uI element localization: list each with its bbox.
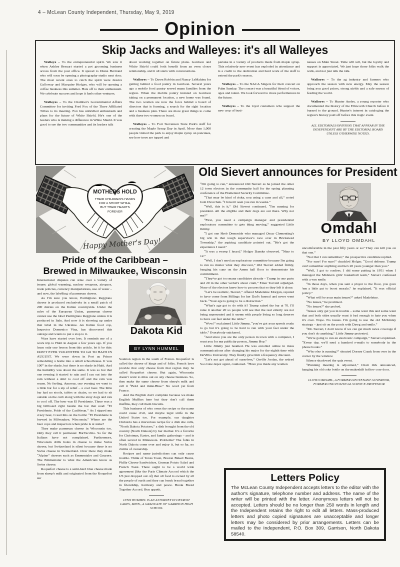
sievert-attribution: LLOYD OMDAHL, A FORMER LIEUTENANT GOVERN… — [302, 379, 396, 387]
dakota-kid-headshot — [128, 279, 186, 325]
letters-policy-title: Letters Policy — [231, 472, 379, 484]
sievert-column-2: uncomfortable in the past fifty years or… — [302, 246, 396, 372]
scan-edge-line — [6, 50, 7, 555]
opinion-masthead-row: Opinion — [0, 19, 400, 40]
sievert-headline: Old Sievert announces for President — [198, 167, 398, 179]
caribbean-headline: Pride of the Caribbean – Brewed in Milwa… — [35, 255, 195, 276]
sievert-columns: “I'm going to run,” announced Old Siever… — [200, 182, 397, 464]
caribbean-headline-line2: Brewed in Milwaukee, Wisconsin — [35, 266, 195, 277]
walleyes-column-1: Walleye – To the entrepreneurial spirit.… — [40, 60, 122, 140]
editorial-cartoon: MOTHERS HOLD THEIR CHILDREN'S HANDS FOR … — [36, 166, 194, 253]
walleyes-column-4-text: nesses on Main Street. Time will tell, b… — [307, 60, 389, 118]
letters-policy-box: Letters Policy The McLean County Indepen… — [224, 468, 386, 541]
walleyes-column-2: about working together on future plans. … — [129, 60, 211, 140]
dakota-kid-byline: BY LYNN HUMMEL — [129, 345, 184, 352]
caribbean-headline-line1: Pride of the Caribbean – — [35, 255, 195, 266]
walleyes-column-4: nesses on Main Street. Time will tell, b… — [307, 60, 389, 140]
omdahl-byline: BY LLOYD OMDAHL — [302, 238, 396, 243]
omdahl-headshot — [327, 183, 371, 221]
omdahl-box: Omdahl BY LLOYD OMDAHL — [302, 183, 396, 243]
masthead-rule-right — [242, 29, 300, 31]
divider-rule — [342, 376, 357, 377]
page-number-header: 4 – McLean County Independent, Thursday,… — [38, 10, 174, 16]
dakota-kid-box: Dakota Kid BY LYNN HUMMEL — [119, 279, 194, 355]
walleyes-headline: Skip Jacks and Walleyes: it's all Walley… — [36, 45, 394, 57]
masthead-rule-left — [100, 29, 158, 31]
caribbean-attribution: LYNN HUMMEL IS AN ATTORNEY IN DETROIT LA… — [119, 499, 194, 511]
caribbean-column-a: International disputes can arise over a … — [37, 278, 112, 481]
divider-rule — [341, 121, 356, 122]
walleyes-editorial-box: Skip Jacks and Walleyes: it's all Walley… — [35, 40, 395, 165]
letters-policy-body: The McLean County Independent accepts le… — [231, 485, 379, 537]
svg-text:FOREVER: FOREVER — [108, 209, 124, 213]
opinion-masthead: Opinion — [165, 19, 236, 40]
svg-text:MOTHERS HOLD: MOTHERS HOLD — [93, 190, 137, 196]
omdahl-title: Omdahl — [302, 222, 396, 237]
newspaper-opinion-page: 4 – McLean County Independent, Thursday,… — [0, 0, 400, 567]
caribbean-column-b: Soulzon region in the south of France. R… — [119, 357, 194, 492]
sievert-column-1: “I'm going to run,” announced Old Siever… — [200, 182, 294, 367]
divider-rule — [149, 496, 164, 497]
caribbean-columns: International disputes can arise over a … — [37, 278, 195, 558]
walleyes-column-3: partake in a variety of products made fr… — [218, 60, 300, 140]
dakota-kid-title: Dakota Kid — [119, 326, 194, 337]
editorial-board-disclaimer: ALL EDITORIALS/OPINIONS THAT APPEAR IN T… — [307, 124, 389, 136]
